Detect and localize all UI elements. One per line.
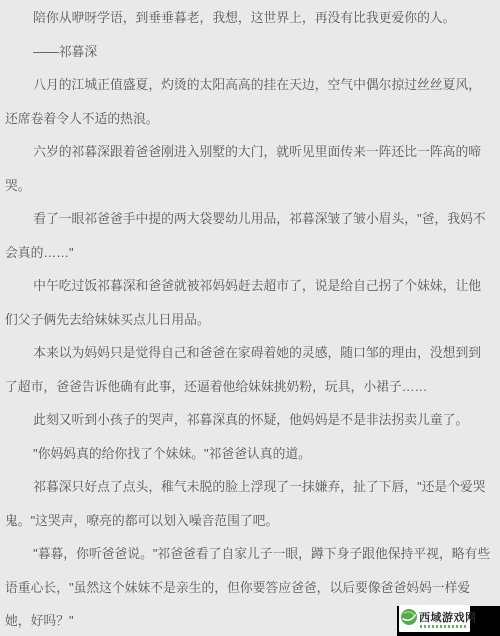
paragraph: 六岁的祁暮深跟着爸爸刚进入别墅的大门，就听见里面传来一阵还比一阵高的啼哭。	[5, 135, 491, 202]
paragraph: 祁暮深只好点了点头，稚气未脱的脸上浮现了一抹嫌弃，扯了下唇，"还是个爱哭鬼。"这…	[5, 470, 491, 537]
site-logo-icon	[400, 608, 418, 626]
paragraph: 本来以为妈妈只是觉得自己和爸爸在家碍着她的灵感，随口邹的理由，没想到到了超市，爸…	[5, 336, 491, 403]
site-tagline-text	[420, 625, 466, 628]
paragraph: 看了一眼祁爸爸手中提的两大袋婴幼儿用品，祁暮深皱了皱小眉头，"爸，我妈不会真的……	[5, 202, 491, 269]
novel-reader-page: 陪你从咿呀学语，到垂垂暮老，我想，这世界上，再没有比我更爱你的人。——祁暮深八月…	[0, 0, 500, 636]
paragraph: 中午吃过饭祁暮深和爸爸就被祁妈妈赶去超市了，说是给自己拐了个妹妹，让他们父子俩先…	[5, 269, 491, 336]
paragraph: "你妈妈真的给你找了个妹妹。"祁爸爸认真的道。	[5, 437, 491, 471]
novel-text-body: 陪你从咿呀学语，到垂垂暮老，我想，这世界上，再没有比我更爱你的人。——祁暮深八月…	[0, 0, 500, 636]
paragraph: ——祁暮深	[5, 35, 491, 69]
paragraph: 陪你从咿呀学语，到垂垂暮老，我想，这世界上，再没有比我更爱你的人。	[5, 1, 491, 35]
watermark-badge: 西域游戏网	[399, 605, 470, 632]
site-name: 西域游戏网	[419, 609, 477, 625]
watermark: 西域游戏网	[397, 606, 500, 636]
paragraph: 此刻又听到小孩子的哭声，祁暮深真的怀疑，他妈妈是不是非法拐卖儿童了。	[5, 403, 491, 437]
paragraph: 八月的江城正值盛夏，灼烫的太阳高高的挂在天边，空气中偶尔掠过丝丝夏风，还席卷着令…	[5, 68, 491, 135]
